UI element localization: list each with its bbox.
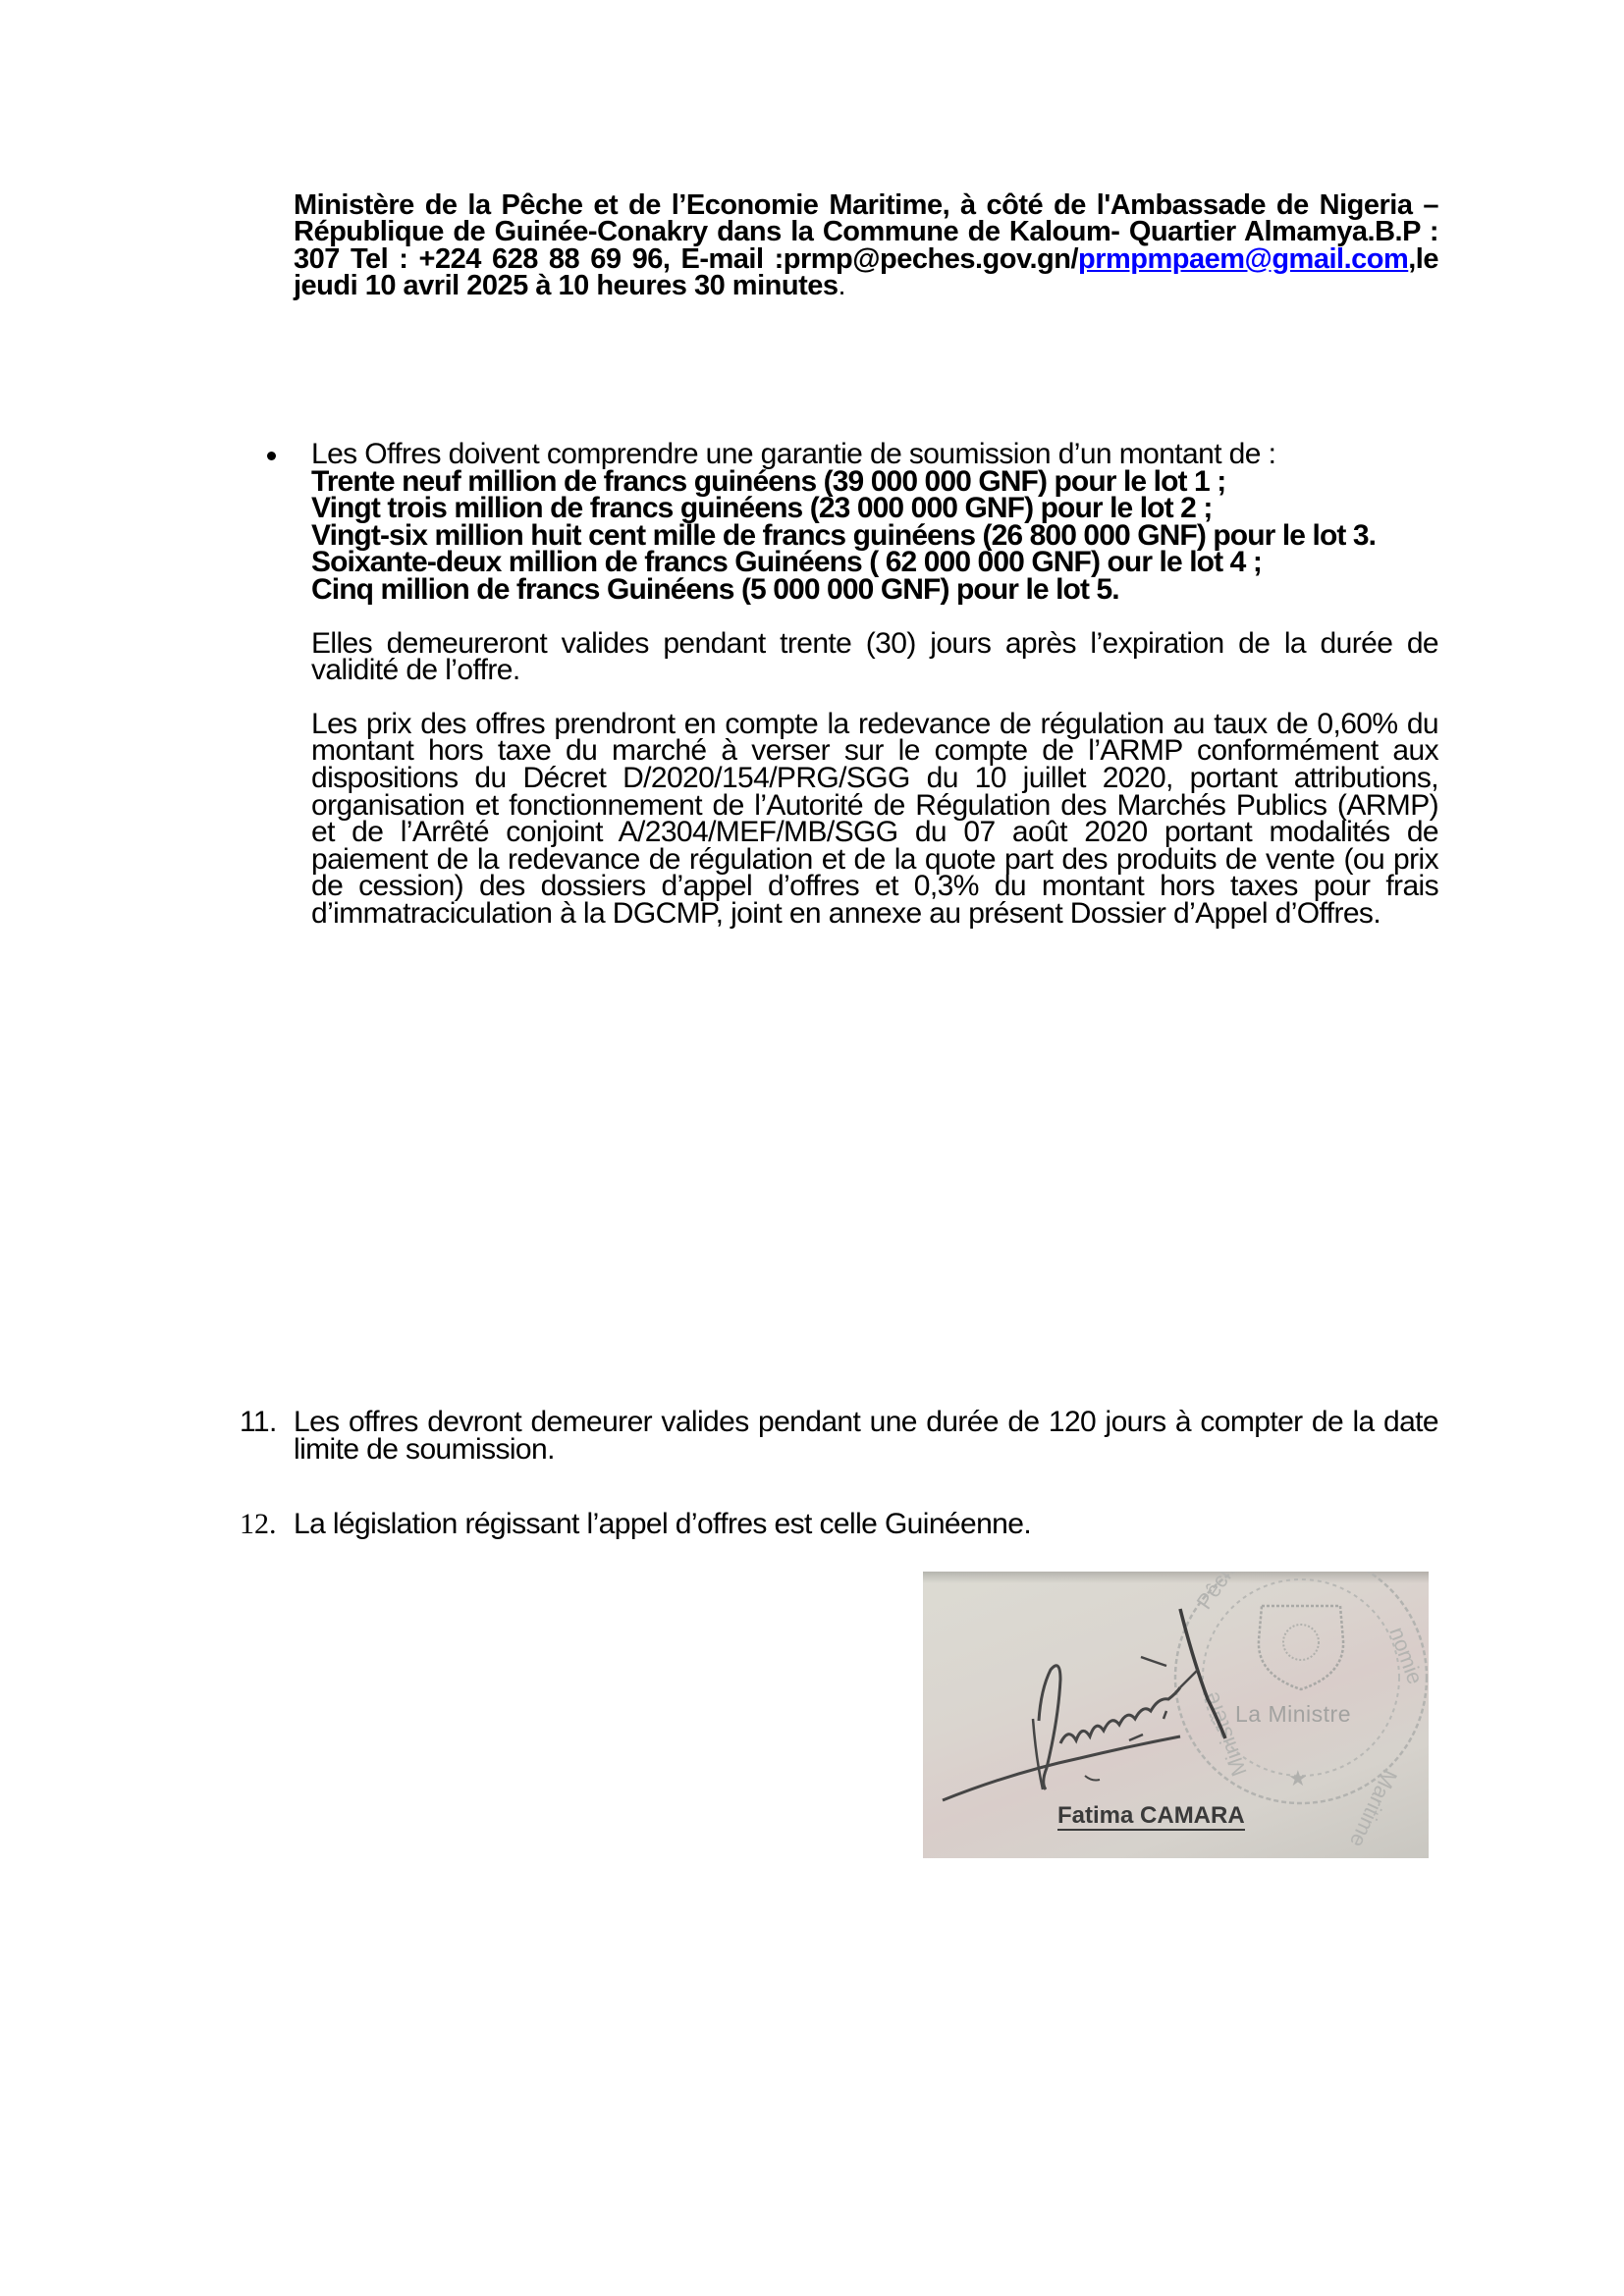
bullet-icon (267, 452, 276, 460)
paragraph-spacer (311, 684, 1438, 711)
document-page: Ministère de la Pêche et de l’Economie M… (0, 0, 1624, 2296)
address-final-period: . (838, 270, 845, 301)
pricing-regulation-paragraph: Les prix des offres prendront en compte … (311, 711, 1438, 928)
guarantee-lots-list: Trente neuf million de francs guinéens (… (311, 468, 1438, 604)
guarantee-lot-2: Vingt trois million de francs guinéens (… (311, 495, 1438, 522)
guarantee-lot-3: Vingt-six million huit cent mille de fra… (311, 522, 1438, 550)
signature-stamp-image: Pêche nomie Maritime Ministère ★ La Mini… (923, 1572, 1429, 1858)
item-text: Les offres devront demeurer valides pend… (294, 1409, 1438, 1463)
guarantee-validity-paragraph: Elles demeureront valides pendant trente… (311, 630, 1438, 684)
email-link[interactable]: prmpmpaem@gmail.com (1078, 243, 1408, 275)
guarantee-intro: Les Offres doivent comprendre une garant… (311, 441, 1438, 468)
guarantee-lot-5: Cinq million de francs Guinéens (5 000 0… (311, 576, 1438, 604)
guarantee-lot-1: Trente neuf million de francs guinéens (… (311, 468, 1438, 496)
item-number: 12. (240, 1511, 291, 1538)
guarantee-body: Les Offres doivent comprendre une garant… (311, 441, 1438, 928)
paragraph-spacer (311, 604, 1438, 630)
signatory-name: Fatima CAMARA (1057, 1804, 1245, 1831)
item-text: La législation régissant l’appel d’offre… (294, 1511, 1438, 1538)
guarantee-lot-4: Soixante-deux million de francs Guinéens… (311, 549, 1438, 576)
item-number: 11. (240, 1409, 291, 1436)
submission-address-block: Ministère de la Pêche et de l’Economie M… (294, 192, 1438, 300)
